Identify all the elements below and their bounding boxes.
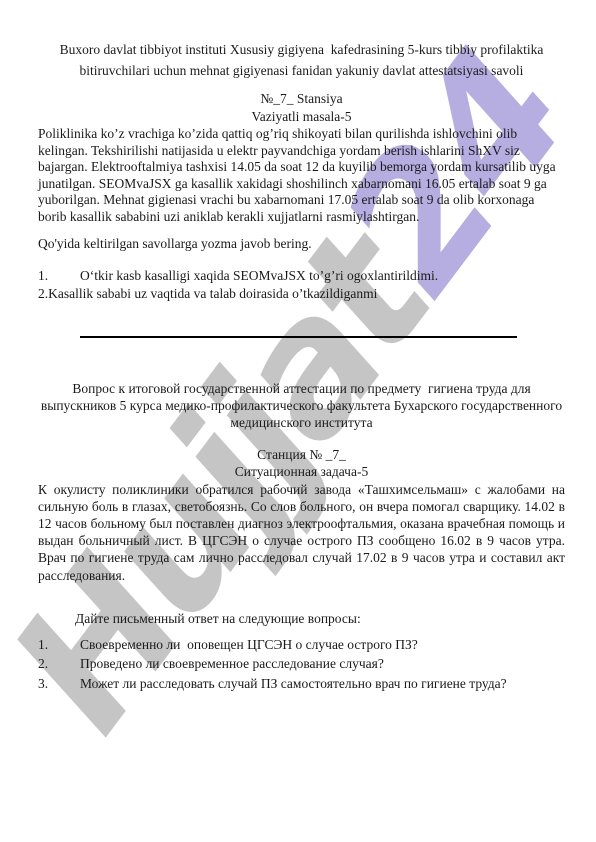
russian-question-1-number: 1. <box>38 635 80 655</box>
uzbek-section-header: Buxoro davlat tibbiyot instituti Xususiy… <box>38 40 565 81</box>
russian-question-3-text: Может ли расследовать случай ПЗ самостоя… <box>80 676 507 691</box>
russian-question-3: 3.Может ли расследовать случай ПЗ самост… <box>38 674 565 694</box>
russian-prompt: Дайте письменный ответ на следующие вопр… <box>38 610 565 627</box>
uzbek-task-title: Vaziyatli masala-5 <box>38 108 565 126</box>
russian-question-2-number: 2. <box>38 654 80 674</box>
russian-question-2-text: Проведено ли своевременное расследование… <box>80 656 384 671</box>
russian-section-header: Вопрос к итоговой государственной аттест… <box>38 380 565 432</box>
russian-question-1: 1.Своевременно ли оповещен ЦГСЭН о случа… <box>38 635 565 655</box>
document-content: Buxoro davlat tibbiyot instituti Xususiy… <box>0 0 596 842</box>
uzbek-station-number: №_7_ Stansiya <box>38 90 565 108</box>
uzbek-question-1-number: 1. <box>38 266 80 286</box>
uzbek-case-paragraph: Poliklinika ko’z vrachiga ko’zida qattiq… <box>38 126 565 226</box>
russian-question-1-text: Своевременно ли оповещен ЦГСЭН о случае … <box>80 637 418 652</box>
russian-question-2: 2.Проведено ли своевременное расследован… <box>38 654 565 674</box>
russian-station-block: Станция № _7_ Ситуационная задача-5 <box>38 446 565 480</box>
uzbek-question-1-text: O‘tkir kasb kasalligi xaqida SEOMvaJSX t… <box>80 268 438 283</box>
uzbek-station-block: №_7_ Stansiya Vaziyatli masala-5 <box>38 90 565 126</box>
russian-question-3-number: 3. <box>38 674 80 694</box>
russian-question-list: 1.Своевременно ли оповещен ЦГСЭН о случа… <box>38 635 565 694</box>
russian-task-title: Ситуационная задача-5 <box>38 463 565 480</box>
russian-case-paragraph: К окулисту поликлиники обратился рабочий… <box>38 481 565 584</box>
uzbek-question-2: 2.Kasallik sababi uz vaqtida va talab do… <box>38 285 565 302</box>
uzbek-prompt: Qo'yida keltirilgan savollarga yozma jav… <box>38 235 565 252</box>
russian-station-number: Станция № _7_ <box>38 446 565 463</box>
section-separator-line <box>80 336 517 338</box>
uzbek-question-1: 1.O‘tkir kasb kasalligi xaqida SEOMvaJSX… <box>38 266 565 286</box>
document-page: Hujjat24 Buxoro davlat tibbiyot institut… <box>0 0 596 842</box>
